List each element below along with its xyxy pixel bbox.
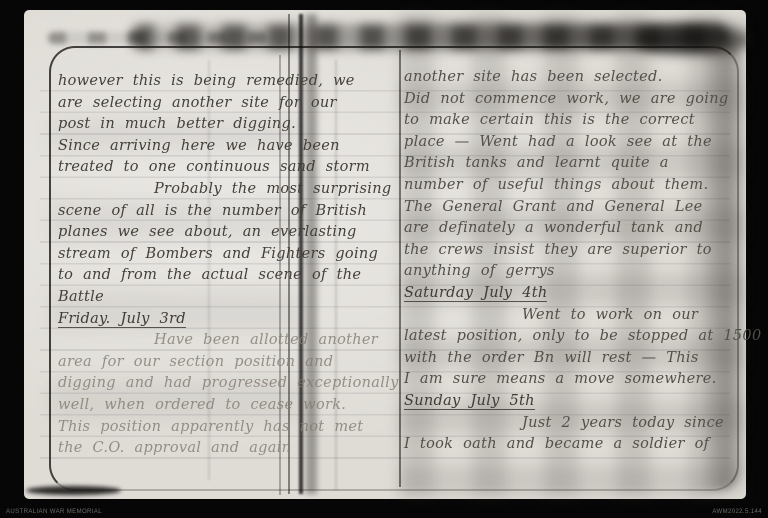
entry-date-heading: Sunday July 5th: [404, 391, 740, 413]
handwriting-line: to make certain this is the correct: [404, 110, 740, 132]
right-page-handwriting: another site has been selected.Did not c…: [404, 67, 740, 456]
entry-date-heading: Friday. July 3rd: [58, 309, 394, 331]
handwriting-line: the C.O. approval and again: [58, 438, 394, 460]
handwriting-line: place — Went had a look see at the: [404, 132, 740, 154]
handwriting-line: latest position, only to be stopped at 1…: [404, 326, 740, 348]
handwriting-line: Have been allotted another: [58, 330, 394, 352]
handwriting-line: British tanks and learnt quite a: [404, 153, 740, 175]
scanned-diary-page: however this is being remedied, weare se…: [0, 0, 768, 518]
left-page-handwriting: however this is being remedied, weare se…: [58, 71, 394, 460]
archive-label: AUSTRALIAN WAR MEMORIAL: [6, 509, 102, 515]
handwriting-line: treated to one continuous sand storm: [58, 157, 394, 179]
handwriting-line: well, when ordered to cease work.: [58, 395, 394, 417]
entry-date-heading: Saturday July 4th: [404, 283, 740, 305]
handwriting-line: planes we see about, an everlasting: [58, 222, 394, 244]
handwriting-line: I am sure means a move somewhere.: [404, 369, 740, 391]
handwriting-line: number of useful things about them.: [404, 175, 740, 197]
handwriting-line: the crews insist they are superior to: [404, 240, 740, 262]
handwriting-line: another site has been selected.: [404, 67, 740, 89]
top-scan-smudge-left: [48, 32, 268, 44]
archive-id: AWM2022.5.144: [712, 509, 762, 515]
handwriting-line: stream of Bombers and Fighters going: [58, 244, 394, 266]
bottom-left-smear: [26, 486, 121, 495]
handwriting-line: scene of all is the number of British: [58, 201, 394, 223]
handwriting-line: digging and had progressed exceptionally: [58, 373, 394, 395]
handwriting-line: post in much better digging.: [58, 114, 394, 136]
right-page-margin-line: [399, 50, 401, 487]
handwriting-line: anything of gerrys: [404, 261, 740, 283]
handwriting-line: Since arriving here we have been: [58, 136, 394, 158]
handwriting-line: however this is being remedied, we: [58, 71, 394, 93]
handwriting-line: Probably the most surprising: [58, 179, 394, 201]
handwriting-line: are selecting another site for our: [58, 93, 394, 115]
handwriting-line: to and from the actual scene of the: [58, 265, 394, 287]
handwriting-line: I took oath and became a soldier of: [404, 434, 740, 456]
handwriting-line: Battle: [58, 287, 394, 309]
handwriting-line: This position apparently has not met: [58, 417, 394, 439]
handwriting-line: Went to work on our: [404, 305, 740, 327]
handwriting-line: with the order Bn will rest — This: [404, 348, 740, 370]
handwriting-line: Did not commence work, we are going: [404, 89, 740, 111]
handwriting-line: are definately a wonderful tank and: [404, 218, 740, 240]
handwriting-line: area for our section position and: [58, 352, 394, 374]
handwriting-line: The General Grant and General Lee: [404, 197, 740, 219]
handwriting-line: Just 2 years today since: [404, 413, 740, 435]
